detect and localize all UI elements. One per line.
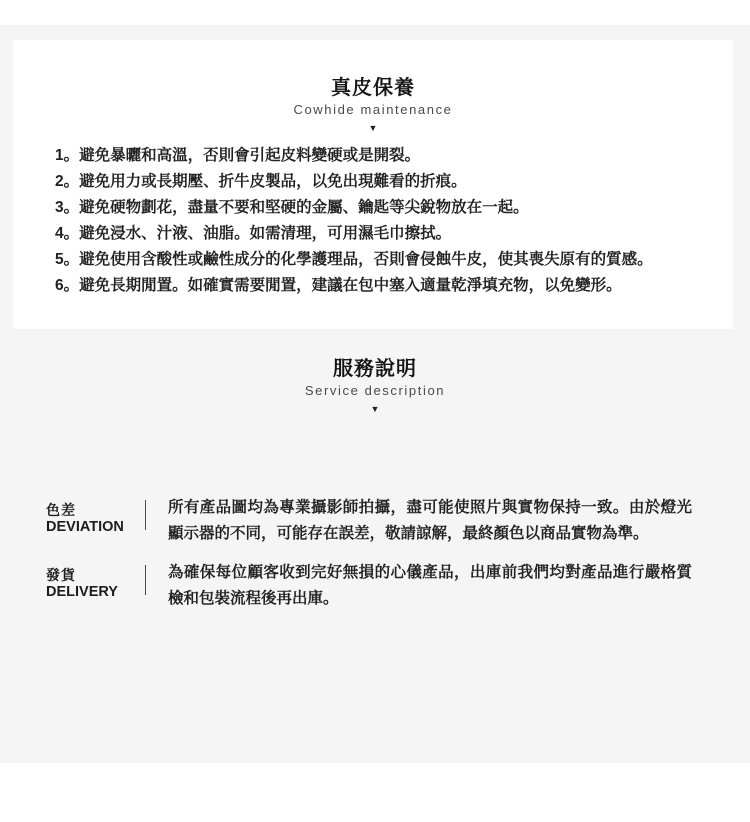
- service-title: 服務說明: [0, 358, 750, 380]
- vertical-divider: [145, 500, 146, 530]
- delivery-label-zh: 發貨: [46, 567, 118, 584]
- delivery-row: 發貨 DELIVERY 為確保每位顧客收到完好無損的心儀產品，出庫前我們均對產品…: [0, 560, 750, 610]
- care-tips-list: 1。避免暴曬和高溫，否則會引起皮料變硬或是開裂。 2。避免用力或長期壓、折牛皮製…: [55, 143, 733, 299]
- deviation-row: 色差 DEVIATION 所有產品圖均為專業攝影師拍攝，盡可能使照片與實物保持一…: [0, 495, 750, 545]
- delivery-text: 為確保每位顧客收到完好無損的心儀產品，出庫前我們均對產品進行嚴格質檢和包裝流程後…: [168, 560, 692, 612]
- deviation-text: 所有產品圖均為專業攝影師拍攝，盡可能使照片與實物保持一致。由於燈光顯示器的不同，…: [168, 495, 692, 547]
- deviation-label: 色差 DEVIATION: [46, 502, 124, 536]
- care-tip-item: 2。避免用力或長期壓、折牛皮製品，以免出現難看的折痕。: [55, 169, 733, 195]
- care-tip-item: 4。避免浸水、汁液、油脂。如需清理，可用濕毛巾擦拭。: [55, 221, 733, 247]
- deviation-label-en: DEVIATION: [46, 519, 124, 536]
- service-subtitle-en: Service description: [0, 384, 750, 398]
- maintenance-subtitle-en: Cowhide maintenance: [13, 103, 733, 117]
- delivery-label: 發貨 DELIVERY: [46, 567, 118, 601]
- care-tip-item: 1。避免暴曬和高溫，否則會引起皮料變硬或是開裂。: [55, 143, 733, 169]
- maintenance-title: 真皮保養: [13, 77, 733, 99]
- down-triangle-icon: ▼: [13, 123, 733, 133]
- service-section-header: 服務說明 Service description ▼: [0, 358, 750, 414]
- maintenance-card: 真皮保養 Cowhide maintenance ▼ 1。避免暴曬和高溫，否則會…: [13, 40, 733, 329]
- deviation-label-zh: 色差: [46, 502, 124, 519]
- care-tip-item: 6。避免長期閒置。如確實需要閒置，建議在包中塞入適量乾淨填充物，以免變形。: [55, 273, 733, 299]
- care-tip-item: 5。避免使用含酸性或鹼性成分的化學護理品，否則會侵蝕牛皮，使其喪失原有的質感。: [55, 247, 733, 273]
- care-tip-item: 3。避免硬物劃花，盡量不要和堅硬的金屬、鑰匙等尖銳物放在一起。: [55, 195, 733, 221]
- down-triangle-icon: ▼: [0, 404, 750, 414]
- delivery-label-en: DELIVERY: [46, 584, 118, 601]
- vertical-divider: [145, 565, 146, 595]
